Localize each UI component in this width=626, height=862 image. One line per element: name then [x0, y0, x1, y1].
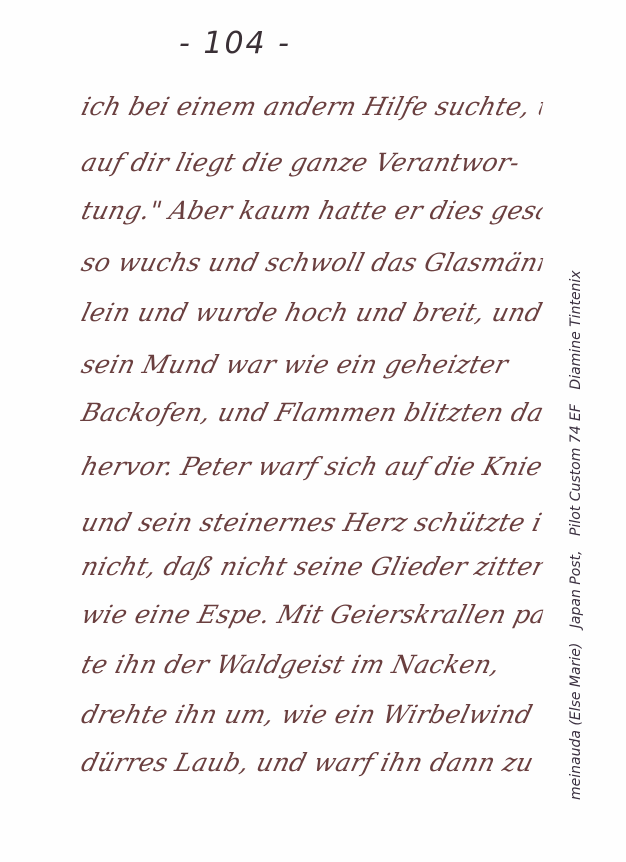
- text-line: ich bei einem andern Hilfe suchte, und: [78, 92, 545, 122]
- text-line: lein und wurde hoch und breit, und: [78, 298, 545, 328]
- text-line: sein Mund war wie ein geheizter: [78, 350, 545, 380]
- text-line: wie eine Espe. Mit Geierskrallen pack-: [78, 600, 545, 630]
- ink-credit: Diamine Tintenix: [568, 270, 584, 389]
- text-line: dürres Laub, und warf ihn dann zu: [78, 748, 545, 778]
- text-line: tung." Aber kaum hatte er dies gesagt,: [78, 196, 545, 226]
- text-line: und sein steinernes Herz schützte ihn: [78, 508, 545, 538]
- handwritten-page: - 104 - ich bei einem andern Hilfe sucht…: [0, 0, 626, 862]
- text-line: auf dir liegt die ganze Verantwor-: [78, 148, 545, 178]
- text-line: hervor. Peter warf sich auf die Knie,: [78, 452, 545, 482]
- text-line: nicht, daß nicht seine Glieder zitterten: [78, 552, 545, 582]
- text-line: so wuchs und schwoll das Glasmänn-: [78, 248, 545, 278]
- text-line: Backofen, und Flammen blitzten daraus: [78, 398, 545, 428]
- text-line: drehte ihn um, wie ein Wirbelwind: [78, 700, 545, 730]
- author-credit: meinaudа (Else Marie): [568, 643, 584, 800]
- margin-annotation: meinaudа (Else Marie) Japan Post, Pilot …: [568, 260, 584, 800]
- paper-credit: Japan Post,: [568, 550, 584, 628]
- page-number: - 104 -: [0, 26, 470, 61]
- pen-credit: Pilot Custom 74 EF: [568, 404, 584, 536]
- text-line: te ihn der Waldgeist im Nacken,: [78, 650, 545, 680]
